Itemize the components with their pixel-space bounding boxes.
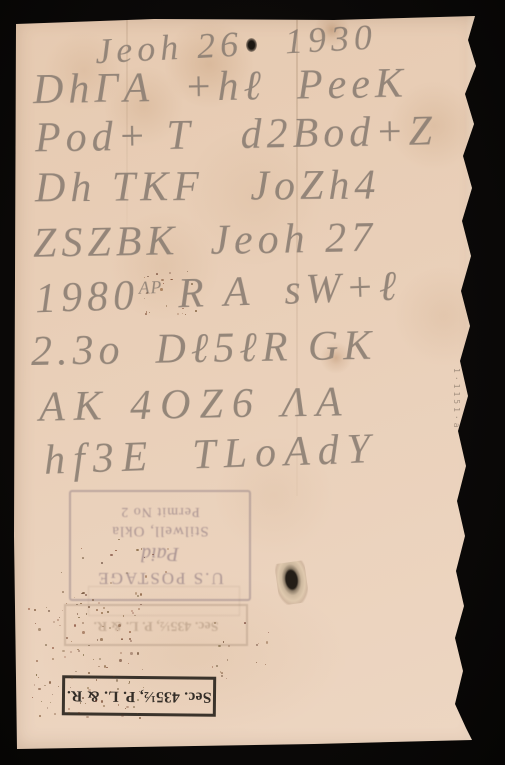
speck-dot [75,671,77,673]
speck-dot [59,625,61,626]
speck-dot [57,619,59,621]
speck-dot [34,609,36,611]
handwriting-line: 2.3o Dℓ5ℓR GK [31,325,377,373]
handwriting-segment: 1980 [34,273,140,323]
speck-dot [216,665,218,667]
speck-dot [268,632,269,633]
permit-stamp-line: Permit No 2 [120,503,199,519]
speck-dot [120,652,122,654]
speck-dot [265,664,266,665]
permit-stamp-line: Paid [141,542,179,565]
speck-dot [86,716,89,718]
handwriting-line: hf3E TLoAdY [43,428,378,482]
ink-blot [246,38,257,52]
speck-dot [59,617,60,618]
speck-dot [139,717,141,719]
speck-dot [38,628,41,631]
speck-dot [83,654,85,656]
speck-dot [88,672,90,674]
speck-dot [38,688,40,690]
postage-permit-stamp: U.S POSTAGE Paid Stilwell, Okla Permit N… [69,490,251,601]
handwriting-segment: R A sW+ℓ [162,264,402,318]
speck-dot [226,678,227,679]
speck-dot [93,659,94,660]
speck-dot [53,621,55,623]
speck-dot [62,650,65,653]
speck-dot [220,671,222,673]
speck-dot [104,665,107,668]
speck-dot [41,701,42,702]
speck-dot [58,686,59,687]
speck-dot [54,713,57,715]
speck-dot [212,666,213,668]
speck-dot [256,662,257,663]
speck-dot [45,644,47,646]
section-435-stamp: Sec. 435½, P. L. & R. [62,675,216,717]
speck-dot [52,658,54,660]
speck-dot [46,607,47,608]
speck-dot [35,623,36,625]
handwriting-line: 1980AP R A sW+ℓ [34,266,402,321]
speck-dot [256,644,259,646]
speck-dot [227,659,229,660]
speck-dot [64,656,66,658]
photo-background: Jeoh 26 1930 DhΓA +hℓ PeeK Pod+ T d2Bod+… [0,0,505,765]
speck-dot [119,659,122,662]
handwriting-line: DhΓA +hℓ PeeK [33,63,409,112]
speck-dot [38,677,39,678]
speck-dot [142,669,143,671]
handwriting-line: Pod+ T d2Bod+Z [35,110,438,159]
speck-dot [52,647,54,649]
speck-dot [47,707,49,709]
speck-dot [62,610,63,612]
ghost-section-stamp: Sec. 435½, P. L. & R. [64,604,248,646]
speck-dot [221,675,223,678]
speck-dot [48,610,50,611]
speck-dot [34,684,35,685]
speck-dot [78,650,80,652]
handwriting-line: Dh TKF JoZh4 [35,164,381,209]
speck-dot [61,572,62,573]
speck-dot [62,591,64,593]
speck-dot [137,652,140,655]
speck-dot [106,667,108,669]
speck-dot [258,643,259,644]
speck-dot [77,649,79,651]
speck-dot [50,702,52,703]
permit-stamp-line: Stilwell, Okla [111,522,208,539]
postcard-back: Jeoh 26 1930 DhΓA +hℓ PeeK Pod+ T d2Bod+… [14,16,480,749]
speck-dot [266,641,268,643]
speck-dot [98,666,100,668]
speck-dot [52,694,54,696]
permit-stamp-line: U.S POSTAGE [96,568,223,588]
paper-hole [274,560,310,606]
speck-dot [49,681,52,684]
speck-dot [36,660,38,662]
speck-dot [130,652,133,655]
speck-dot [39,715,41,717]
margin-pencil-mark: 1·1151·a [452,368,461,431]
speck-dot [36,674,38,676]
handwriting-line: AK 4OZ6 ΛA [39,381,351,428]
speck-dot [28,608,30,610]
speck-dot [32,697,33,698]
handwriting-superscript: AP [138,277,162,298]
speck-dot [128,663,129,664]
speck-dot [99,658,101,660]
speck-dot [221,672,224,674]
speck-dot [44,685,46,687]
torn-edge [461,16,477,749]
speck-dot [70,651,72,653]
handwriting-line: ZSZBK Jeoh 27 [33,217,378,265]
